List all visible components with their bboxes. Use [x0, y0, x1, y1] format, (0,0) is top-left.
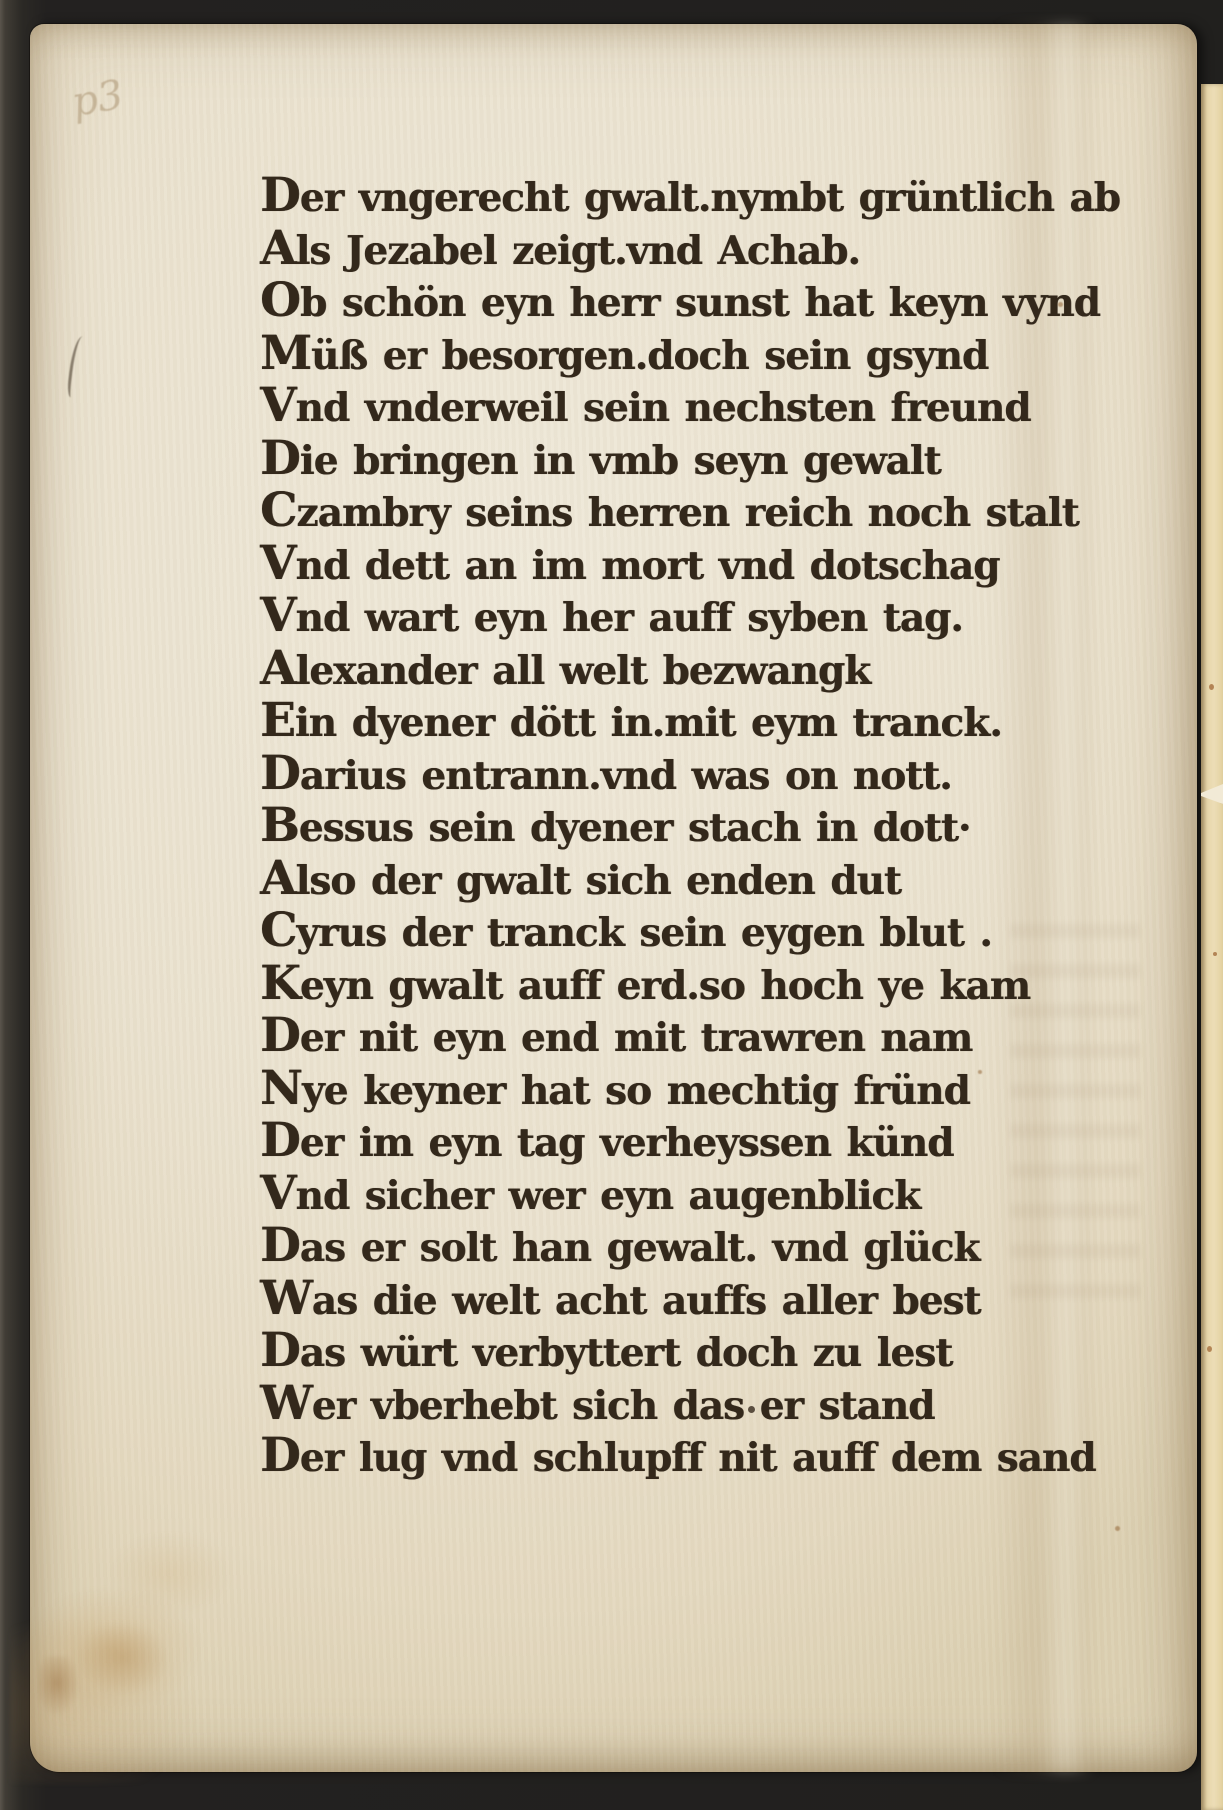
poem-line: Der lug vnd schlupff nit auff dem sand [260, 1430, 1120, 1483]
book-page: p3 Der vngerecht gwalt.nymbt grüntlich a… [30, 24, 1197, 1772]
edge-speck [1213, 952, 1217, 956]
foxing-stain [78, 1622, 168, 1694]
poem-line: Ein dyener dött in.mit eym tranck. [260, 695, 1120, 748]
poem-line: Das er solt han gewalt. vnd glück [260, 1220, 1120, 1273]
poem-line: Alexander all welt bezwangk [260, 643, 1120, 696]
poem-line: Also der gwalt sich enden dut [260, 853, 1120, 906]
poem-line: Was die welt acht auffs aller best [260, 1273, 1120, 1326]
poem-line: Der im eyn tag verheyssen künd [260, 1115, 1120, 1168]
scanned-book-photograph: p3 Der vngerecht gwalt.nymbt grüntlich a… [0, 0, 1223, 1810]
poem-line: Czambry seins herren reich noch stalt [260, 485, 1120, 538]
foxing-dot [1115, 1526, 1120, 1531]
poem-line: Vnd wart eyn her auff syben tag. [260, 590, 1120, 643]
stray-ink-dot [748, 1406, 755, 1413]
foxing-stain [38, 1656, 80, 1716]
poem-line: Ob schön eyn herr sunst hat keyn vynd [260, 275, 1120, 328]
poem-line: Müß er besorgen.doch sein gsynd [260, 328, 1120, 381]
poem-line: Bessus sein dyener stach in dott· [260, 800, 1120, 853]
poem-text-block: Der vngerecht gwalt.nymbt grüntlich ab A… [260, 170, 1120, 1483]
foxing-dot [1058, 302, 1063, 307]
foxing-dot [978, 1070, 982, 1074]
poem-line: Wer vberhebt sich das er stand [260, 1378, 1120, 1431]
ink-scratch-mark [66, 335, 88, 398]
poem-line: Als Jezabel zeigt.vnd Achab. [260, 223, 1120, 276]
poem-line: Das würt verbyttert doch zu lest [260, 1325, 1120, 1378]
edge-speck [1207, 1346, 1212, 1352]
poem-line: Vnd vnderweil sein nechsten freund [260, 380, 1120, 433]
poem-line: Nye keyner hat so mechtig fründ [260, 1063, 1120, 1116]
poem-line: Cyrus der tranck sein eygen blut . [260, 905, 1120, 958]
poem-line: Die bringen in vmb seyn gewalt [260, 433, 1120, 486]
poem-line: Vnd sicher wer eyn augenblick [260, 1168, 1120, 1221]
poem-line: Keyn gwalt auff erd.so hoch ye kam [260, 958, 1120, 1011]
book-fore-edge [1201, 84, 1223, 1810]
poem-line: Der nit eyn end mit trawren nam [260, 1010, 1120, 1063]
poem-line: Darius entrann.vnd was on nott. [260, 748, 1120, 801]
handwritten-foliation-mark: p3 [68, 72, 126, 126]
edge-speck [1209, 684, 1214, 690]
stitch-notch [1201, 784, 1223, 804]
poem-line: Der vngerecht gwalt.nymbt grüntlich ab [260, 170, 1120, 223]
poem-line: Vnd dett an im mort vnd dotschag [260, 538, 1120, 591]
